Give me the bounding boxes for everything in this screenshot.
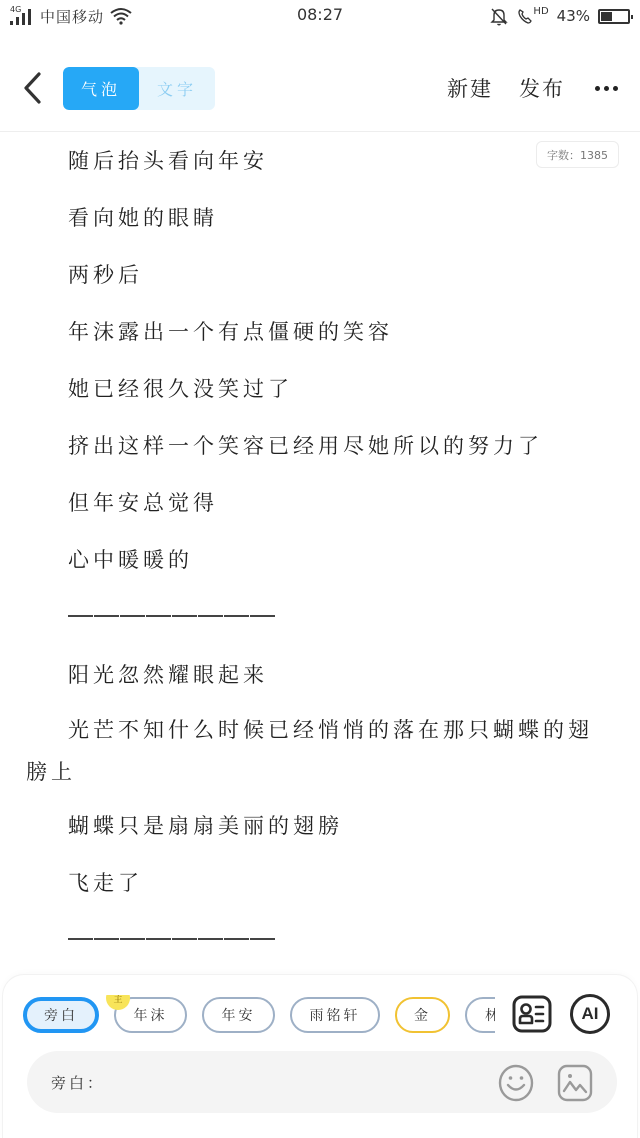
ai-label: AI [582,1004,599,1024]
separator-line [68,615,275,617]
image-icon [557,1064,593,1102]
mode-toggle: 气泡 文字 [63,67,215,110]
hd-call-indicator: HD [517,7,548,25]
composer-panel: 旁白 主 年沫 年安 雨铭轩 金 林 AI 旁白： [2,974,638,1138]
story-content[interactable]: 随后抬头看向年安 看向她的眼睛 两秒后 年沫露出一个有点僵硬的笑容 她已经很久没… [0,132,640,970]
word-count-badge: 字数：1385 [536,141,619,168]
more-options-icon[interactable] [591,86,622,91]
tab-text[interactable]: 文字 [139,67,215,110]
battery-percent: 43% [557,7,590,25]
status-right: HD 43% [489,5,630,27]
hd-label: HD [533,7,548,17]
tab-bubble[interactable]: 气泡 [63,67,139,110]
mute-bell-icon [489,6,509,26]
role-chip-list[interactable]: 旁白 主 年沫 年安 雨铭轩 金 林 [23,995,495,1035]
image-button[interactable] [556,1064,594,1102]
new-button[interactable]: 新建 [447,73,493,103]
status-bar: 4G 中国移动 08:27 HD 43% [0,0,640,32]
phone-icon [517,7,533,25]
battery-icon [598,9,630,24]
paragraph: 心中暖暖的 [26,537,616,583]
chevron-left-icon [21,71,43,105]
paragraph: 蝴蝶只是扇扇美丽的翅膀 [26,803,616,849]
back-button[interactable] [18,68,46,108]
emoji-button[interactable] [497,1064,535,1102]
role-chip-wrap: 主 年沫 [114,997,187,1033]
role-chip-yumingxuan[interactable]: 雨铭轩 [290,997,380,1033]
contact-card-icon [512,995,552,1033]
separator-line [68,938,275,940]
paragraph: 飞走了 [26,860,616,906]
paragraph: 年沫露出一个有点僵硬的笑容 [26,309,616,355]
contacts-button[interactable] [511,993,553,1035]
paragraph: 光芒不知什么时候已经悄悄的落在那只蝴蝶的翅膀上 [26,709,616,793]
smiley-icon [498,1064,534,1102]
paragraph: 挤出这样一个笑容已经用尽她所以的努力了 [26,423,616,469]
ai-button[interactable]: AI [569,993,611,1035]
paragraph: 她已经很久没笑过了 [26,366,616,412]
paragraph: 但年安总觉得 [26,480,616,526]
editor-header: 气泡 文字 新建 发布 [0,32,640,132]
publish-button[interactable]: 发布 [519,73,565,103]
paragraph: 阳光忽然耀眼起来 [26,652,616,698]
message-input-bar: 旁白： [27,1051,617,1113]
role-chip-nianan[interactable]: 年安 [202,997,275,1033]
header-actions: 新建 发布 [447,68,622,108]
role-chip-narrator[interactable]: 旁白 [23,997,99,1033]
role-chip-lin[interactable]: 林 [465,997,495,1033]
paragraph: 看向她的眼睛 [26,195,616,241]
message-input[interactable] [117,1061,487,1103]
paragraph: 随后抬头看向年安 [26,138,616,184]
ai-icon: AI [570,994,610,1034]
paragraph: 两秒后 [26,252,616,298]
role-chip-jin[interactable]: 金 [395,997,450,1033]
speaker-label: 旁白： [51,1051,105,1113]
